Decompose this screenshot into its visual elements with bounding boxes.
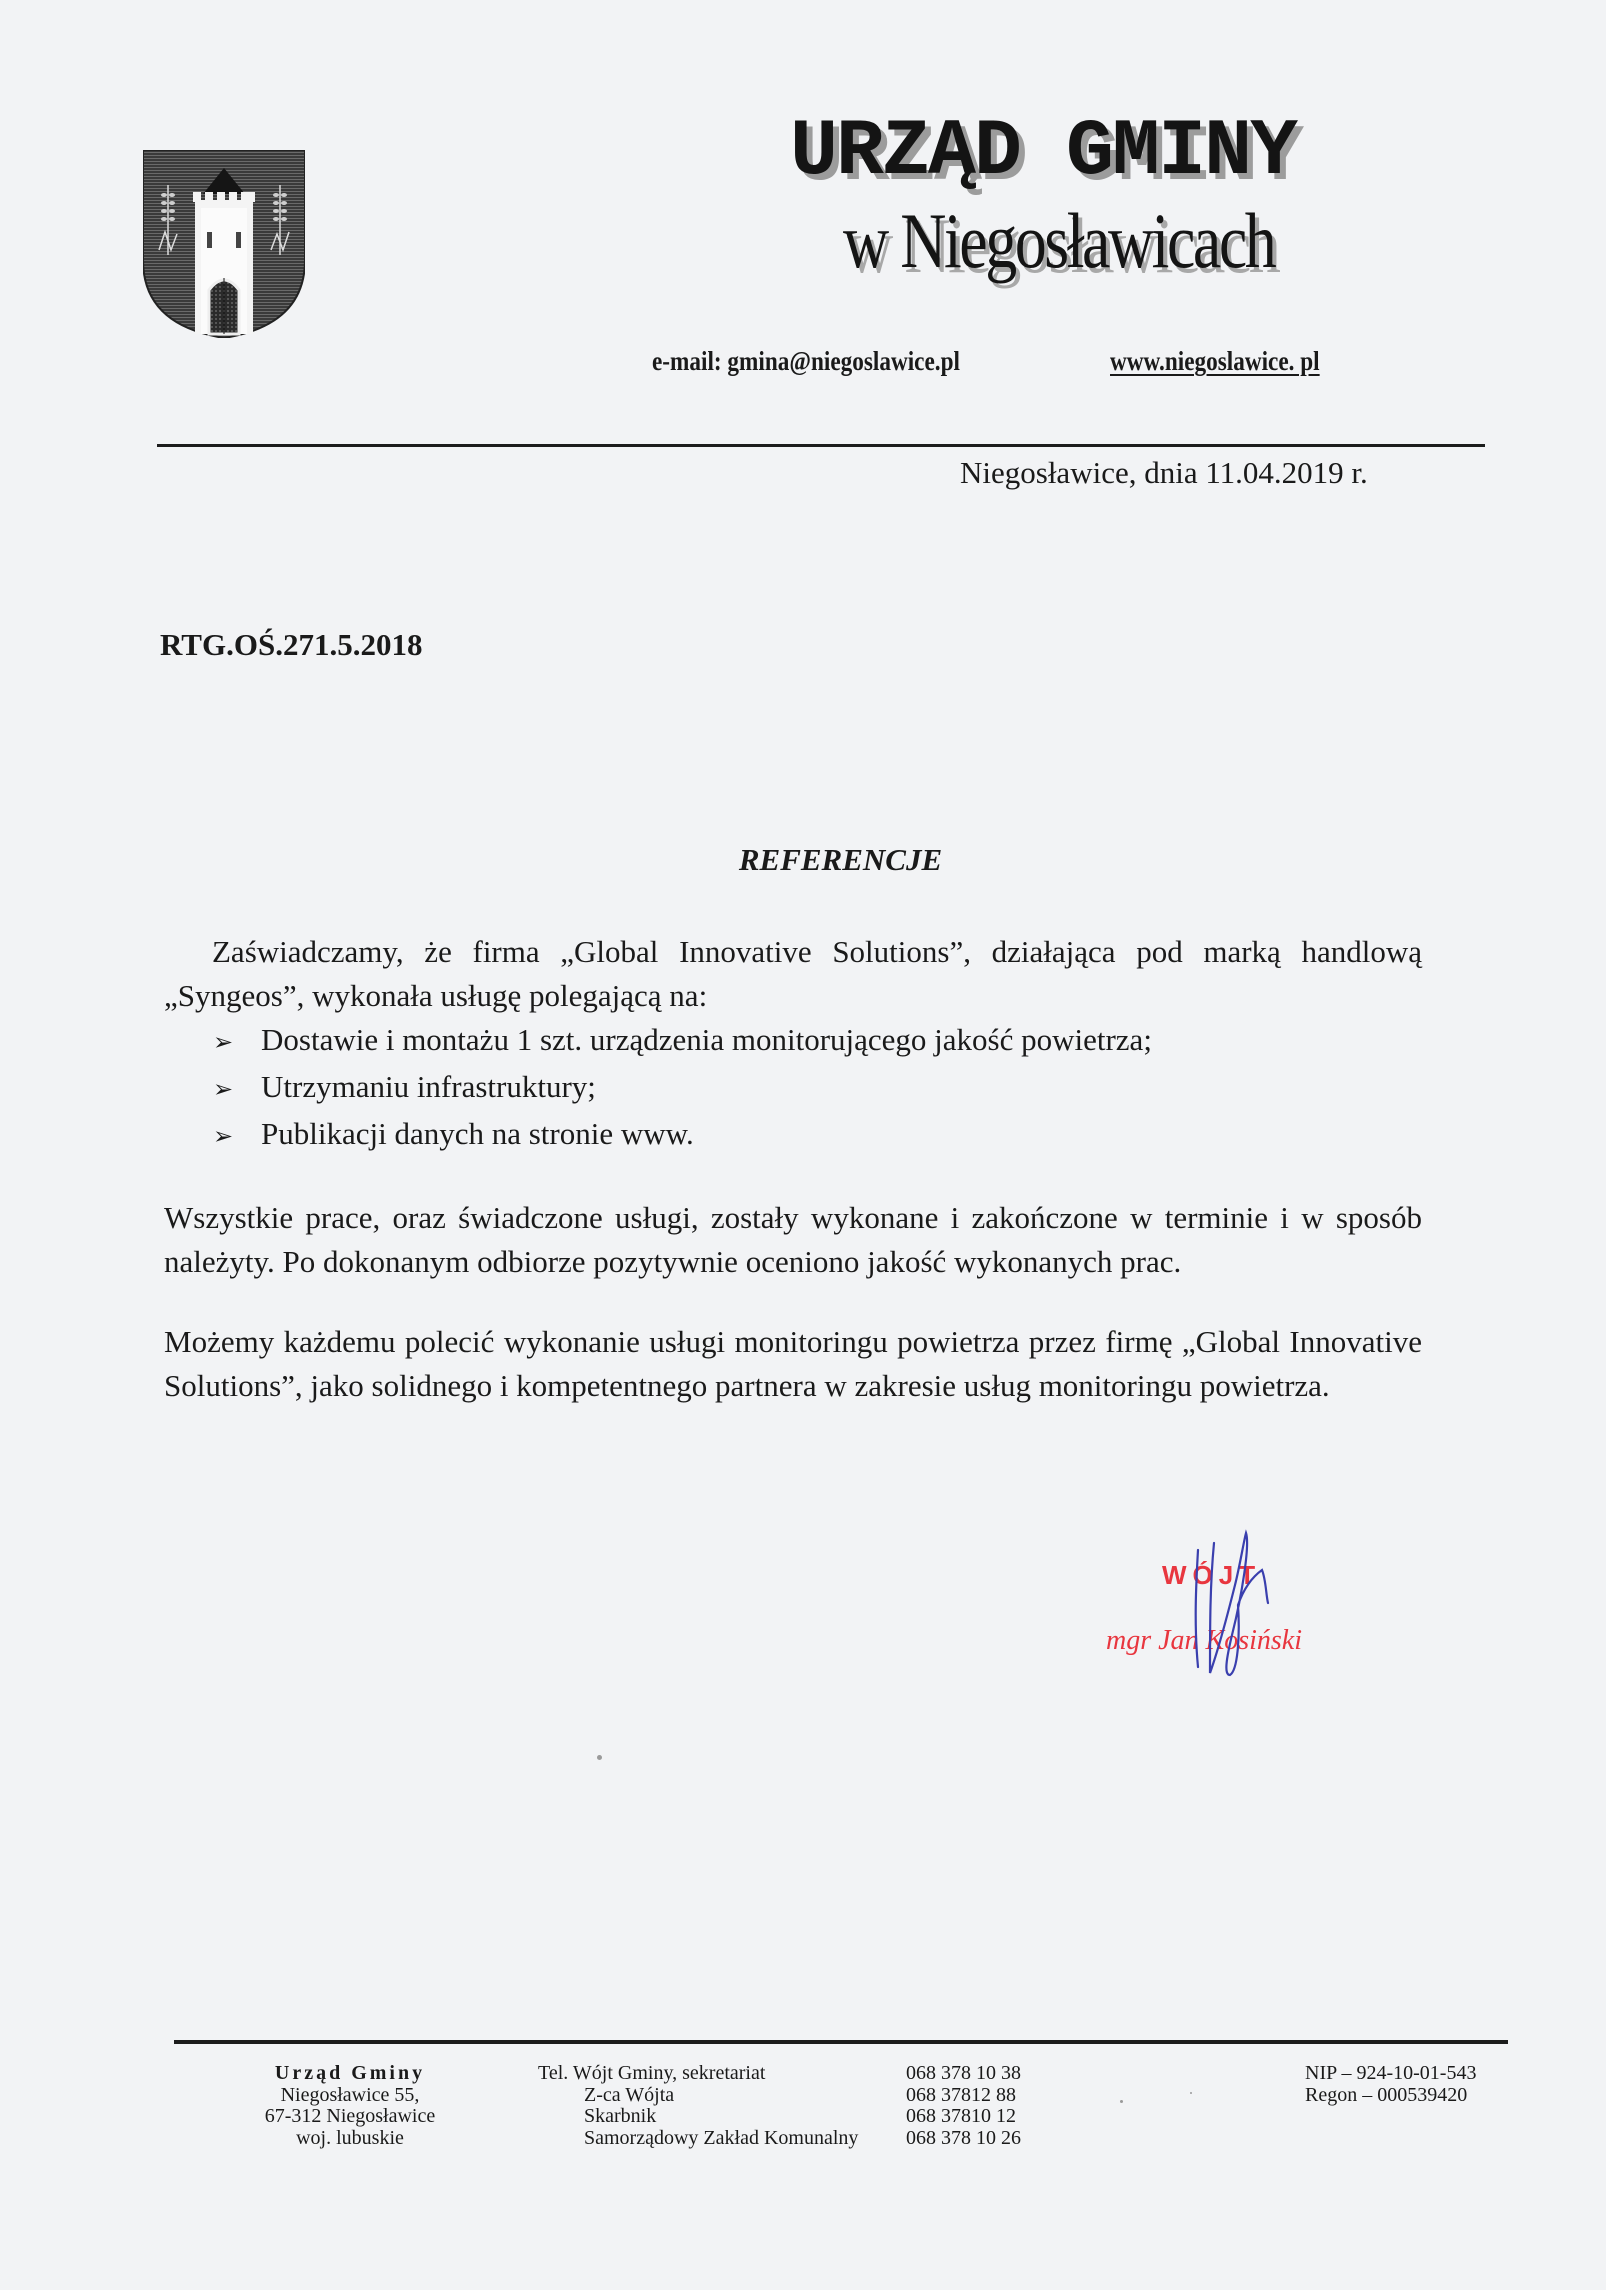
document-title: REFERENCJE — [0, 842, 1606, 878]
handwritten-signature-icon — [1180, 1525, 1290, 1680]
paragraph-certification: Zaświadczamy, że firma „Global Innovativ… — [164, 930, 1422, 1018]
arrow-bullet-icon: ➢ — [213, 1115, 261, 1159]
phone-number: 068 378 10 26 — [906, 2128, 1021, 2150]
arrow-bullet-icon: ➢ — [213, 1021, 261, 1065]
footer-street: Niegosławice 55, — [240, 2085, 460, 2107]
phone-label: Z-ca Wójta — [538, 2085, 858, 2107]
footer-phone-numbers: 068 378 10 38 068 37812 88 068 37810 12 … — [906, 2063, 1021, 2149]
nip-number: NIP – 924-10-01-543 — [1305, 2063, 1476, 2085]
letter-date: Niegosławice, dnia 11.04.2019 r. — [960, 455, 1368, 491]
phone-label: Samorządowy Zakład Komunalny — [538, 2128, 858, 2150]
footer-postal: 67-312 Niegosławice — [240, 2106, 460, 2128]
list-item: ➢ Dostawie i montażu 1 szt. urządzenia m… — [213, 1018, 1152, 1065]
footer-region: woj. lubuskie — [240, 2128, 460, 2150]
phone-number: 068 37810 12 — [906, 2106, 1021, 2128]
phone-label: Skarbnik — [538, 2106, 858, 2128]
scan-speck — [597, 1755, 602, 1760]
footer-phone-labels: Tel. Wójt Gminy, sekretariat Z-ca Wójta … — [538, 2063, 858, 2149]
office-subtitle: w Niegosławicach — [843, 196, 1253, 286]
phone-number: 068 37812 88 — [906, 2085, 1021, 2107]
regon-number: Regon – 000539420 — [1305, 2085, 1476, 2107]
arrow-bullet-icon: ➢ — [213, 1068, 261, 1112]
paragraph-recommendation: Możemy każdemu polecić wykonanie usługi … — [164, 1320, 1422, 1408]
paragraph-line: „Syngeos”, wykonała usługę polegającą na… — [164, 974, 1422, 1018]
services-list: ➢ Dostawie i montażu 1 szt. urządzenia m… — [213, 1018, 1152, 1159]
list-item-text: Utrzymaniu infrastruktury; — [261, 1065, 596, 1109]
header-divider — [157, 444, 1485, 447]
office-title: URZĄD GMINY — [790, 108, 1420, 198]
reference-number: RTG.OŚ.271.5.2018 — [160, 627, 422, 663]
footer-org-name: Urząd Gminy — [240, 2063, 460, 2085]
list-item: ➢ Utrzymaniu infrastruktury; — [213, 1065, 1152, 1112]
list-item: ➢ Publikacji danych na stronie www. — [213, 1112, 1152, 1159]
footer-address: Urząd Gminy Niegosławice 55, 67-312 Nieg… — [240, 2063, 460, 2149]
paragraph-line: Zaświadczamy, że firma „Global Innovativ… — [164, 930, 1422, 974]
website-link[interactable]: www.niegoslawice. pl — [1110, 346, 1320, 377]
phone-label: Tel. Wójt Gminy, sekretariat — [538, 2063, 858, 2085]
coat-of-arms-icon — [143, 150, 305, 338]
scan-speck — [1190, 2092, 1192, 2094]
contact-email[interactable]: e-mail: gmina@niegoslawice.pl — [652, 346, 960, 377]
footer-divider — [174, 2040, 1508, 2044]
footer-registration-ids: NIP – 924-10-01-543 Regon – 000539420 — [1305, 2063, 1476, 2106]
paragraph-completion: Wszystkie prace, oraz świadczone usługi,… — [164, 1196, 1422, 1284]
list-item-text: Publikacji danych na stronie www. — [261, 1112, 694, 1156]
phone-number: 068 378 10 38 — [906, 2063, 1021, 2085]
list-item-text: Dostawie i montażu 1 szt. urządzenia mon… — [261, 1018, 1152, 1062]
scan-speck — [1120, 2100, 1123, 2103]
